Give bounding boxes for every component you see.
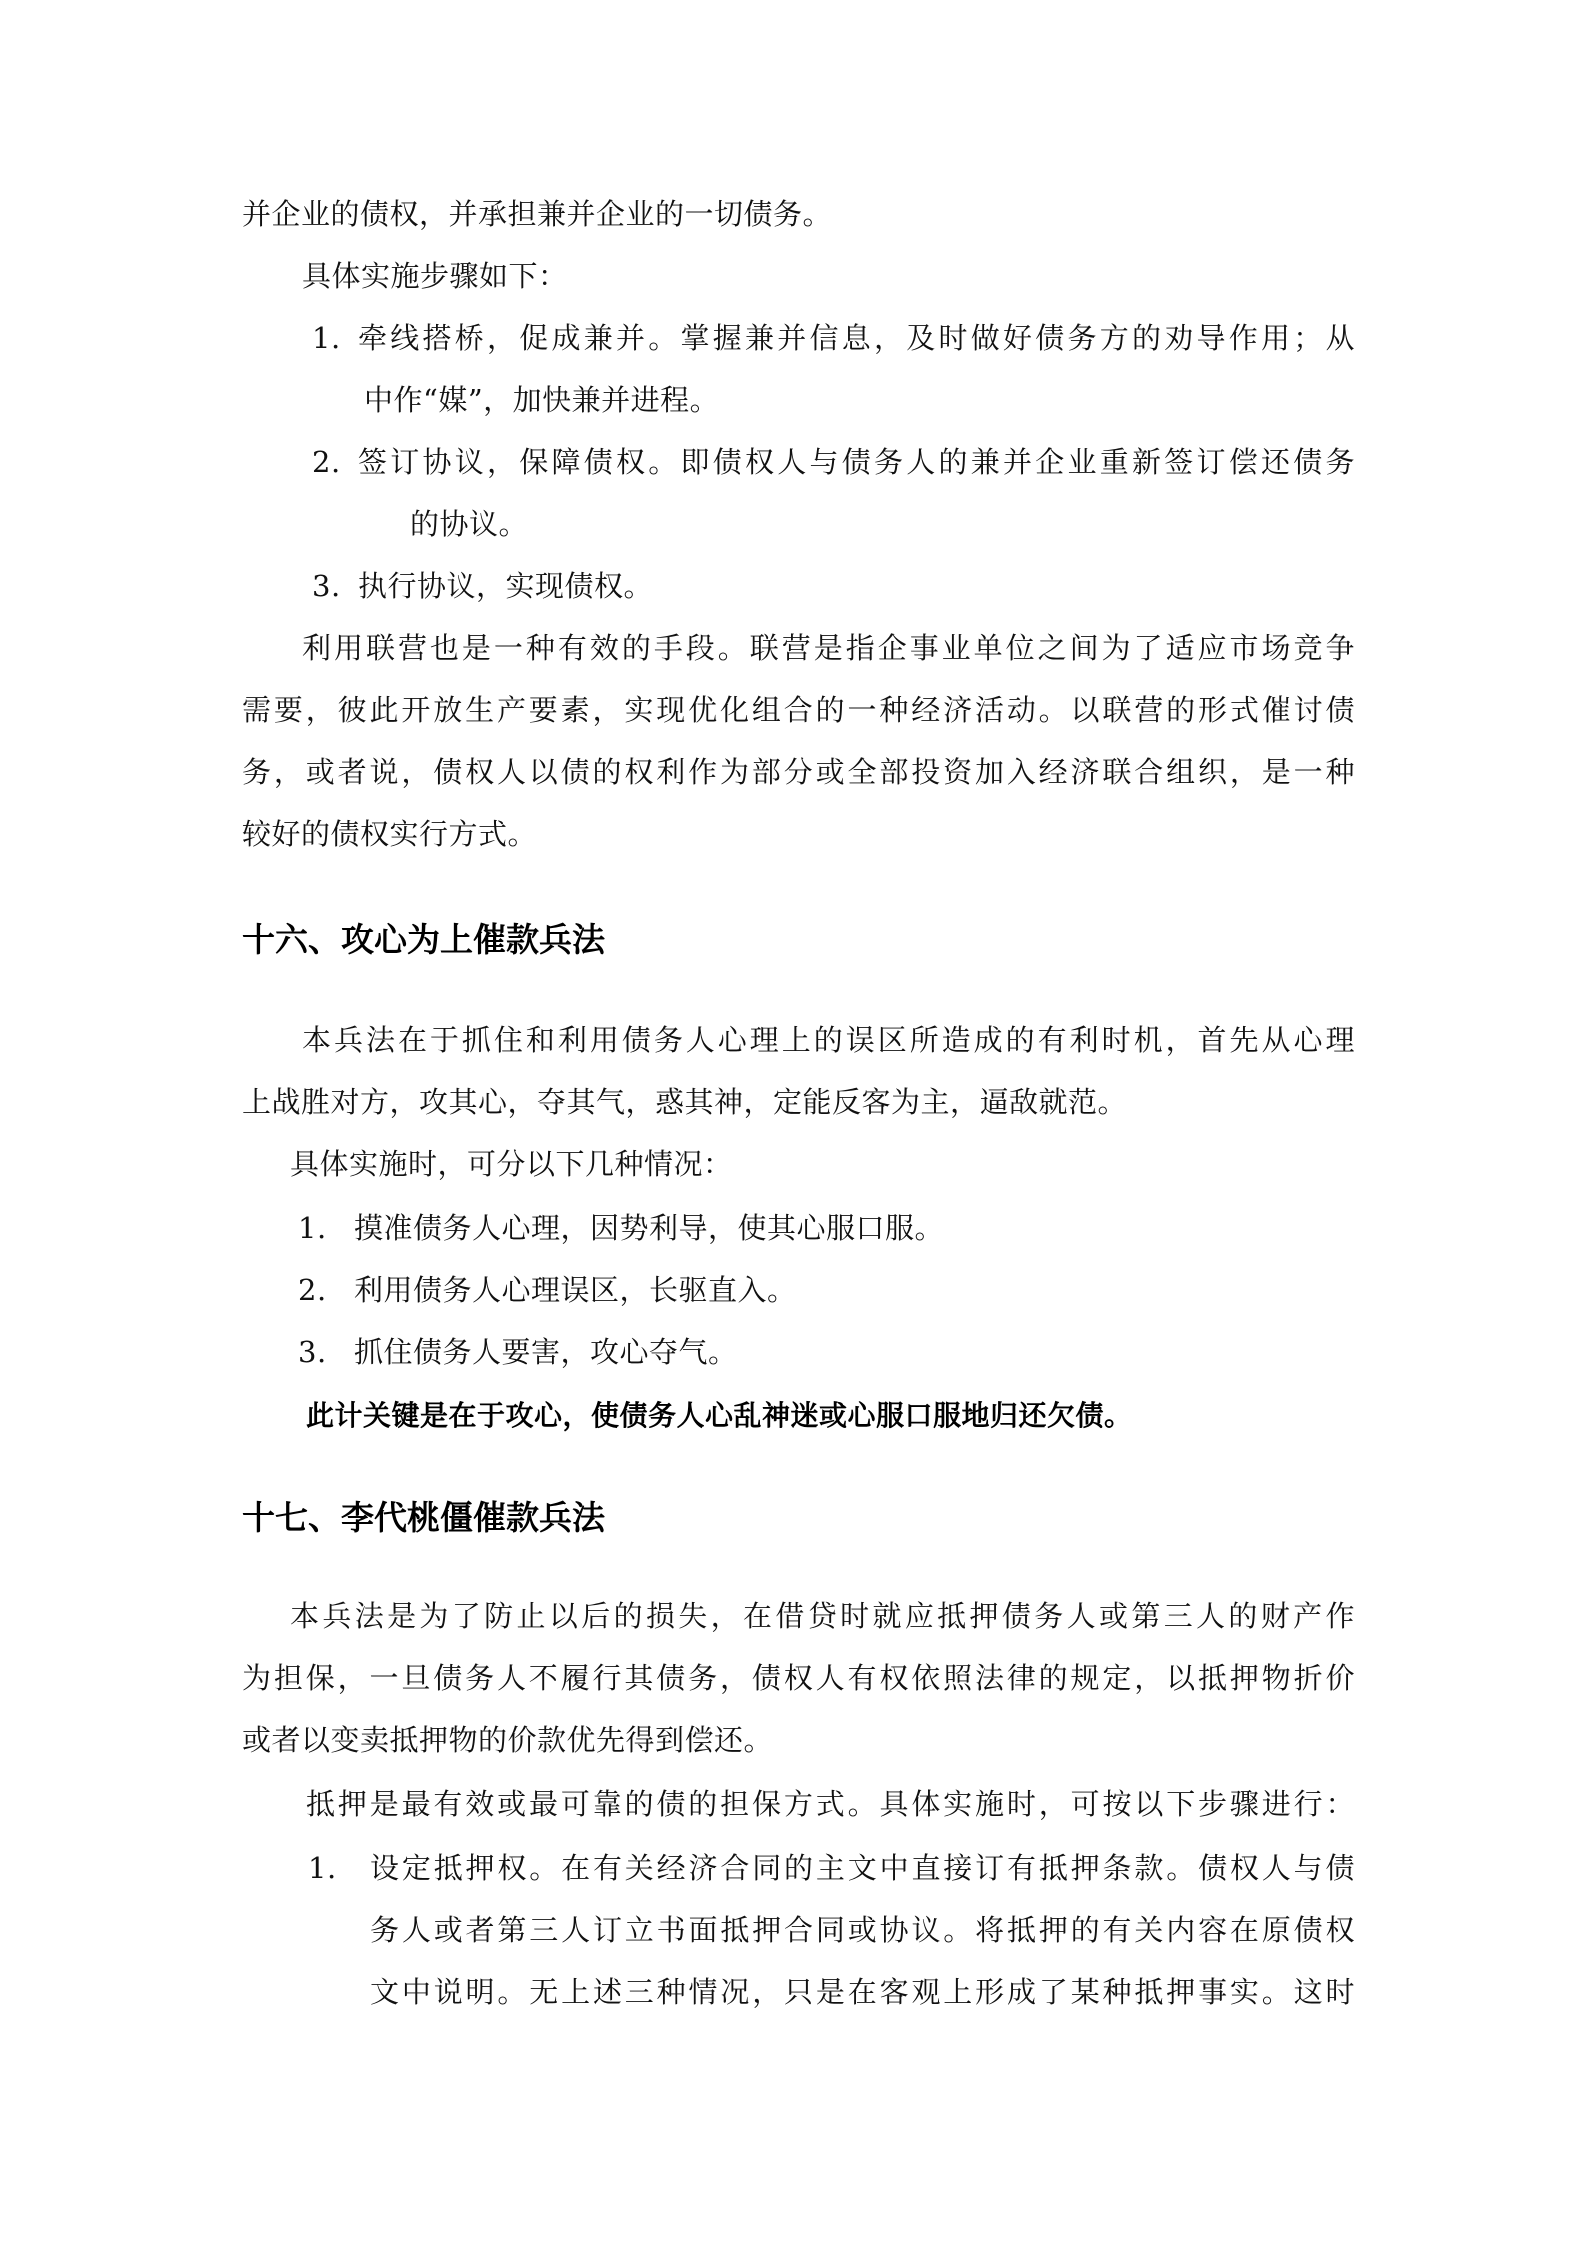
list-item-text: 文中说明。无上述三种情况，只是在客观上形成了某种抵押事实。这时 bbox=[370, 1974, 1355, 2010]
list-item-number: 1. bbox=[308, 1850, 337, 1886]
paragraph-line: 较好的债权实行方式。 bbox=[242, 816, 537, 852]
list-item-text: 务人或者第三人订立书面抵押合同或协议。将抵押的有关内容在原债权 bbox=[370, 1912, 1355, 1948]
paragraph-line: 上战胜对方，攻其心，夺其气，惑其神，定能反客为主，逼敌就范。 bbox=[242, 1084, 1127, 1120]
list-item-number: 1. bbox=[312, 320, 341, 356]
steps-intro: 具体实施步骤如下： bbox=[302, 258, 568, 294]
list-item-text: 抓住债务人要害，攻心夺气。 bbox=[354, 1334, 738, 1370]
paragraph-line: 需要，彼此开放生产要素，实现优化组合的一种经济活动。以联营的形式催讨债 bbox=[242, 692, 1355, 728]
text-line: 并企业的债权，并承担兼并企业的一切债务。 bbox=[242, 196, 832, 232]
list-item-number: 3. bbox=[312, 568, 341, 604]
paragraph-line: 务，或者说，债权人以债的权利作为部分或全部投资加入经济联合组织，是一种 bbox=[242, 754, 1355, 790]
list-intro: 抵押是最有效或最可靠的债的担保方式。具体实施时，可按以下步骤进行： bbox=[306, 1786, 1355, 1822]
list-item-number: 2. bbox=[312, 444, 341, 480]
list-item-text: 摸准债务人心理，因势利导，使其心服口服。 bbox=[354, 1210, 944, 1246]
list-item-text: 中作“媒”，加快兼并进程。 bbox=[364, 382, 719, 418]
paragraph-line: 本兵法在于抓住和利用债务人心理上的误区所造成的有利时机，首先从心理 bbox=[302, 1022, 1355, 1058]
section-heading: 十七、李代桃僵催款兵法 bbox=[242, 1498, 605, 1538]
list-item-text: 签订协议，保障债权。即债权人与债务人的兼并企业重新签订偿还债务 bbox=[358, 444, 1355, 480]
list-intro: 具体实施时，可分以下几种情况： bbox=[290, 1146, 733, 1182]
section-heading: 十六、攻心为上催款兵法 bbox=[242, 920, 605, 960]
list-item-text: 执行协议，实现债权。 bbox=[358, 568, 653, 604]
list-item-text: 设定抵押权。在有关经济合同的主文中直接订有抵押条款。债权人与债 bbox=[370, 1850, 1355, 1886]
list-item-number: 3. bbox=[298, 1334, 327, 1370]
key-point: 此计关键是在于攻心，使债务人心乱神迷或心服口服地归还欠债。 bbox=[306, 1398, 1133, 1434]
list-item-number: 1. bbox=[298, 1210, 327, 1246]
list-item-number: 2. bbox=[298, 1272, 327, 1308]
list-item-text: 的协议。 bbox=[410, 506, 528, 542]
list-item-text: 利用债务人心理误区，长驱直入。 bbox=[354, 1272, 797, 1308]
paragraph-line: 本兵法是为了防止以后的损失，在借贷时就应抵押债务人或第三人的财产作 bbox=[290, 1598, 1355, 1634]
list-item-text: 牵线搭桥，促成兼并。掌握兼并信息，及时做好债务方的劝导作用；从 bbox=[358, 320, 1355, 356]
paragraph-line: 为担保，一旦债务人不履行其债务，债权人有权依照法律的规定，以抵押物折价 bbox=[242, 1660, 1355, 1696]
paragraph-line: 或者以变卖抵押物的价款优先得到偿还。 bbox=[242, 1722, 773, 1758]
paragraph-line: 利用联营也是一种有效的手段。联营是指企事业单位之间为了适应市场竞争 bbox=[302, 630, 1355, 666]
